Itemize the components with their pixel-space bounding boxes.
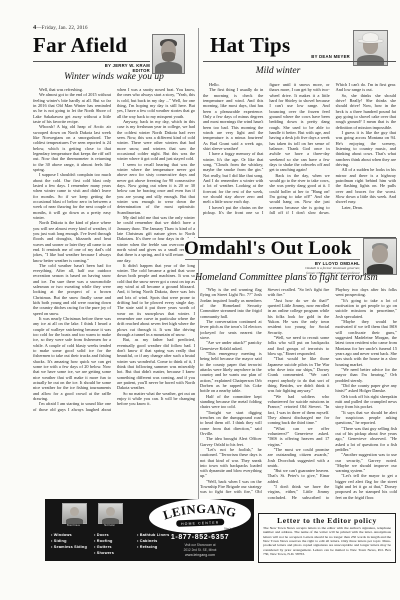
far-afield-rule <box>33 61 150 62</box>
paragraph: Anyway, back in my day, which in this ca… <box>117 119 195 162</box>
paragraph: The idea brought Alert Officer Garvey Or… <box>200 436 262 447</box>
leingang-logo-svg: LEINGANG HOME CENTER Since 1907 <box>148 497 251 535</box>
letter-policy-title: Letter to the Editor policy <box>263 516 391 525</box>
logo-since-text: Since 1907 <box>224 526 239 531</box>
paragraph: All of a sudden he looks in his mirror a… <box>336 167 396 204</box>
beard-shape <box>162 52 174 62</box>
head-shape <box>372 245 387 263</box>
leingang-logo: LEINGANG HOME CENTER Since 1907 <box>148 497 251 535</box>
paragraph: "Are we under attack?" panicky Genevieve… <box>200 340 262 351</box>
omdahl-title: Omdahl's Out Look <box>184 238 356 260</box>
paragraph: "We had soldiers who volunteered for sui… <box>268 394 330 426</box>
date-text: —Friday, Jan. 22, 2016 <box>36 26 87 31</box>
paragraph: "Maybe they would be motivated if we tel… <box>335 319 397 367</box>
far-afield-subhead: Winter winds wake you up <box>33 72 195 82</box>
column-divider <box>198 28 199 503</box>
brad-kraus-caption: Brad Kraus <box>61 524 86 527</box>
paragraph: "Another suggestion was to use our secur… <box>335 452 397 473</box>
service-item: Seamless Siding <box>51 545 91 551</box>
signoff: Later, Dean. <box>336 205 396 210</box>
paragraph: "Let's tell the mayor to get a bigger re… <box>335 473 397 500</box>
paragraph: I suppose I shouldn't complain too much … <box>33 172 111 220</box>
paragraph: But, as my father had predicted, eventua… <box>117 337 195 390</box>
hat-top-shape <box>363 33 378 40</box>
sid-keller-caption: Sid Keller <box>97 524 122 527</box>
paragraph: "That would be like those Japanese suici… <box>268 356 330 393</box>
ad-phone: 1-877-852-6357 <box>149 534 251 541</box>
ad-website: www.leingang.com <box>149 553 251 557</box>
paragraph: "Just how do we do that?" queried Little… <box>268 298 330 335</box>
jerry-kram-photo <box>152 34 185 74</box>
hat-tips-byline: BY DEAN MEYER <box>260 54 350 59</box>
paragraph: So, she thinks she should drive! Really!… <box>336 93 396 130</box>
omdahl-rule <box>185 259 360 260</box>
brad-kraus-photo <box>62 503 87 524</box>
dateline: 4—Friday, Jan. 22, 2016 <box>33 24 88 31</box>
paragraph: "This emergency meeting is being held be… <box>200 351 262 394</box>
paragraph: I have a foggy memory of that winter. It… <box>203 151 263 204</box>
paragraph: "But we can't guarantee heaven. That's S… <box>268 468 330 484</box>
services-list-2: DoorsRoofingGuttersShowers <box>94 533 134 557</box>
paragraph: "Tonight we start digging trenches on th… <box>200 410 262 437</box>
paragraph: "What can we offer volunteers?" Geneviev… <box>268 426 330 447</box>
services-list-1: WindowsSidingSeamless Siding <box>51 533 91 551</box>
paragraph: It didn't happen that year of the long w… <box>117 263 195 338</box>
paragraph: So no matter what the weather, get out a… <box>117 391 195 407</box>
hat-tips-rule <box>203 61 396 62</box>
paragraph: "It's going to take a lot of motivation … <box>335 298 397 319</box>
ad-address-1: Visit our Showroom at <box>149 543 251 547</box>
paragraph: "The most we could promise are outstandi… <box>268 447 330 468</box>
omdahl-article: "Why is the red warning flag flying on S… <box>200 287 397 503</box>
paragraph: Half of the committee kept standing beca… <box>200 394 262 410</box>
lloyd-omdahl-photo <box>363 238 397 275</box>
letter-policy-body: The New Town News accepts letters to the… <box>263 526 391 556</box>
paragraph: "Well, we need to recruit some folks who… <box>268 335 330 356</box>
byline-name: BY DEAN MEYER <box>260 54 350 59</box>
paragraph: "Let's not be foolish," he cautioned. "T… <box>200 447 262 479</box>
paragraph: The first thing I usually do in the morn… <box>203 87 263 151</box>
far-afield-title: Far Afield <box>33 33 127 58</box>
omdahl-subhead: Homeland Committee plans to fight terror… <box>195 272 370 283</box>
paragraph: "Why is the red warning flag flying on S… <box>200 287 262 319</box>
paragraph: "We need better advice for the mayor tha… <box>335 367 397 383</box>
paragraph: Whoosh! A big old heap of Arctic air swo… <box>33 124 111 172</box>
far-afield-article: Well, that was refreshing.We almost got … <box>33 87 195 503</box>
head-shape <box>106 507 115 517</box>
paragraph: "Did the county paper give any hints?" a… <box>335 383 397 394</box>
paragraph: The conversation continued at fever pitc… <box>200 319 262 340</box>
paragraph: "It says that we should be alert for sus… <box>335 410 397 426</box>
service-item: Showers <box>94 551 134 557</box>
paragraph: Orb took off his right sheepskin mitt an… <box>335 394 397 410</box>
hat-tips-subhead: Mild winter <box>203 66 353 76</box>
paragraph: "There was that guy selling fish out of … <box>335 426 397 453</box>
hat-tips-article: Hello.The first thing I usually do in th… <box>203 82 396 235</box>
paragraph: I seem to recall hearing that was the wi… <box>117 162 195 215</box>
newspaper-page: 4—Friday, Jan. 22, 2016 Far Afield BY JE… <box>0 0 400 600</box>
head-shape <box>70 507 79 517</box>
letter-policy-box: Letter to the Editor policy The New Town… <box>258 513 396 563</box>
svg-text:LEINGANG: LEINGANG <box>161 501 238 523</box>
sid-keller-photo <box>98 503 123 524</box>
leingang-ad: Brad Kraus Sid Keller WindowsSidingSeaml… <box>45 499 254 561</box>
ad-address-2: 2012 2nd St. SE, Minot <box>149 548 251 552</box>
paragraph: It was nearly Christmas before there was… <box>33 316 111 401</box>
paragraph: We almost got to the end of 2015 without… <box>33 92 111 124</box>
paragraph: I guess it is like the guy that was goin… <box>336 130 396 167</box>
paragraph: North Dakota is the kind of place where … <box>33 220 111 263</box>
logo-arched-text: LEINGANG <box>161 501 238 523</box>
paragraph: The cold weather hasn't been bad for eve… <box>33 263 111 316</box>
